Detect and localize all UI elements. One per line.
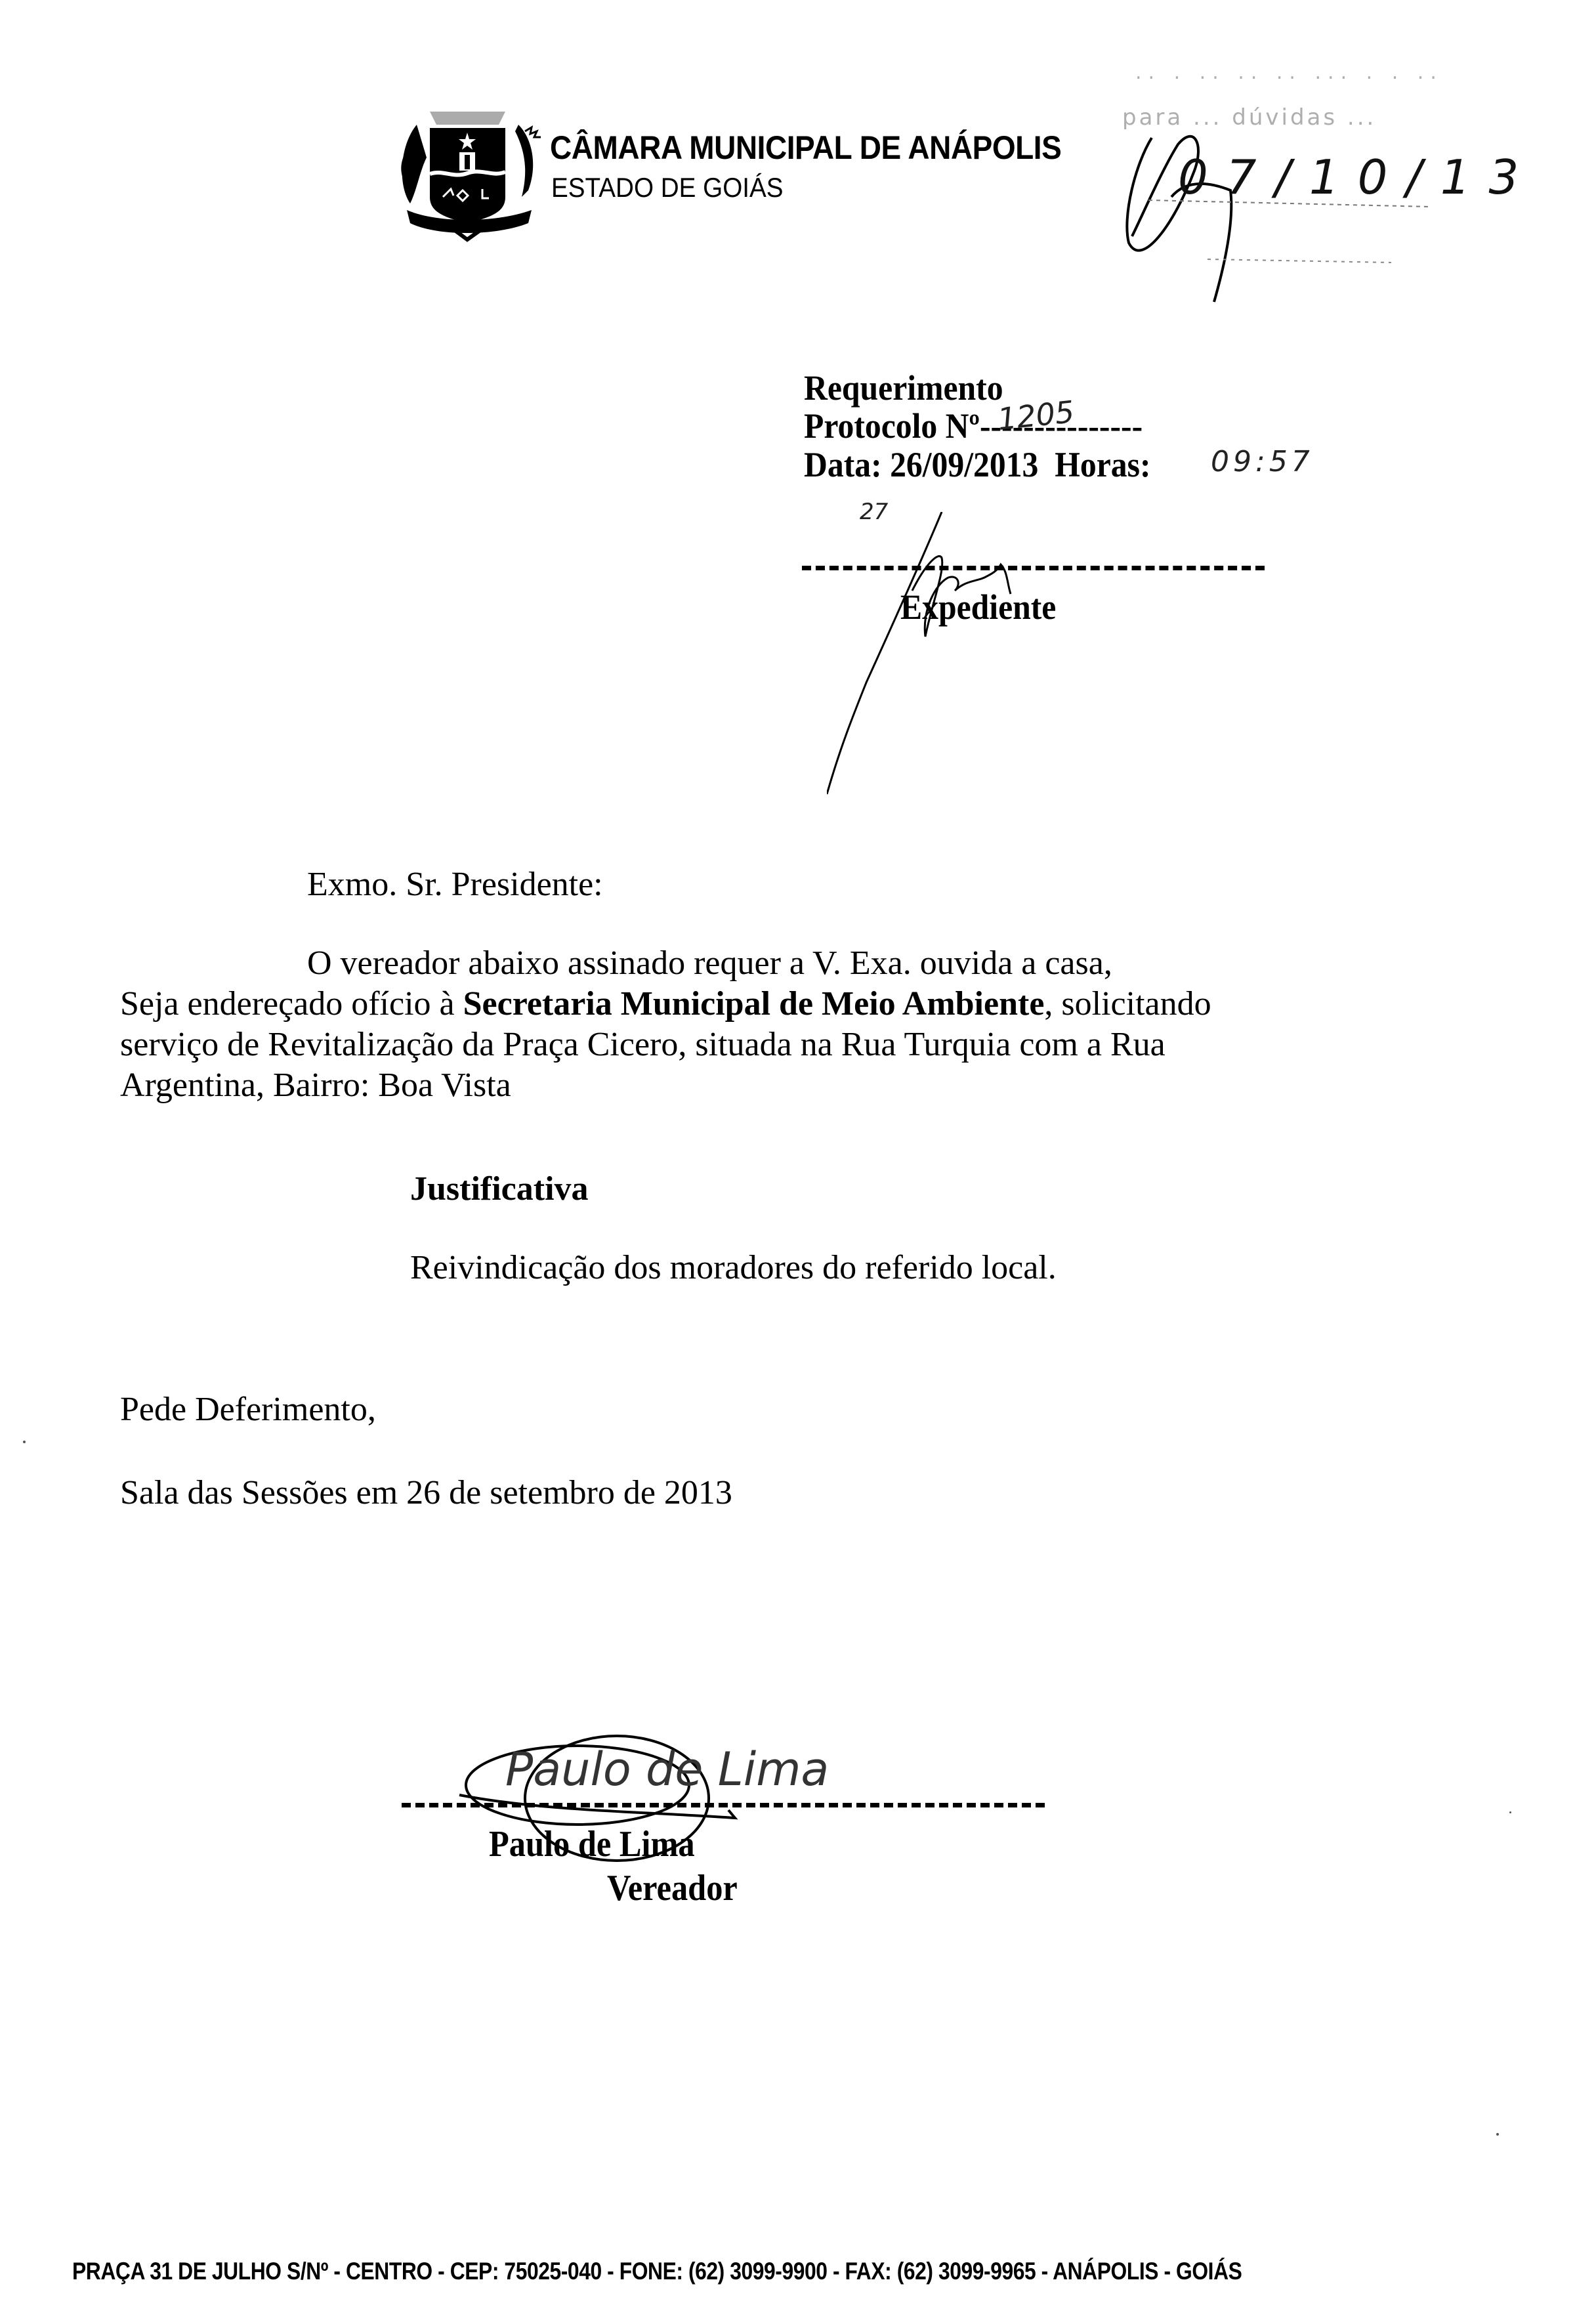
signature-stamp: Paulo de Lima — [446, 1733, 866, 1890]
justificativa-title: Justificativa — [410, 1170, 589, 1208]
scan-speck — [1496, 2133, 1499, 2136]
requerimento-title: Requerimento — [804, 368, 1003, 408]
salutation: Exmo. Sr. Presidente: — [307, 865, 603, 904]
signer-name: Paulo de Lima — [489, 1823, 695, 1865]
signature-line — [402, 1803, 1045, 1807]
protocolo-label: Protocolo Nº--------------- — [804, 406, 1143, 446]
handwritten-received-stamp: 07/10/13 — [1116, 112, 1588, 322]
place-date: Sala das Sessões em 26 de setembro de 20… — [120, 1473, 732, 1512]
request-line-2-start: Seja endereçado ofício à — [120, 985, 463, 1023]
signer-title: Vereador — [607, 1867, 738, 1909]
request-line-4: Argentina, Bairro: Boa Vista — [120, 1066, 511, 1105]
svg-text:Paulo de Lima: Paulo de Lima — [505, 1742, 829, 1796]
request-line-3: serviço de Revitalização da Praça Cicero… — [120, 1025, 1165, 1064]
scan-speck — [23, 1441, 26, 1443]
scan-speck — [1509, 1811, 1511, 1813]
request-line-1: O vereador abaixo assinado requer a V. E… — [307, 944, 1112, 982]
closing: Pede Deferimento, — [120, 1390, 376, 1429]
expediente-signature — [827, 512, 1102, 801]
svg-text:07/10/13: 07/10/13 — [1178, 150, 1537, 205]
organization-name: CÂMARA MUNICIPAL DE ANÁPOLIS — [550, 129, 1061, 167]
horas-label: Horas: — [1055, 445, 1150, 484]
data-label: Data: 26/09/2013 — [804, 445, 1038, 484]
request-line-2-end: , solicitando — [1044, 985, 1211, 1023]
data-horas-line: Data: 26/09/2013 Horas: — [804, 444, 1150, 485]
justificativa-text: Reivindicação dos moradores do referido … — [410, 1248, 1057, 1287]
footer-address: PRAÇA 31 DE JULHO S/Nº - CENTRO - CEP: 7… — [72, 2258, 1242, 2285]
coat-of-arms-icon — [397, 92, 541, 243]
horas-handwritten: 09:57 — [1211, 445, 1314, 478]
recipient-secretaria: Secretaria Municipal de Meio Ambiente — [463, 985, 1045, 1023]
organization-state: ESTADO DE GOIÁS — [551, 172, 784, 203]
request-line-2: Seja endereçado ofício à Secretaria Muni… — [120, 984, 1211, 1023]
expediente-label: Expediente — [900, 587, 1056, 627]
svg-text:.. . .. .. .. ... . . ..: .. . .. .. .. ... . . .. — [1135, 61, 1443, 84]
